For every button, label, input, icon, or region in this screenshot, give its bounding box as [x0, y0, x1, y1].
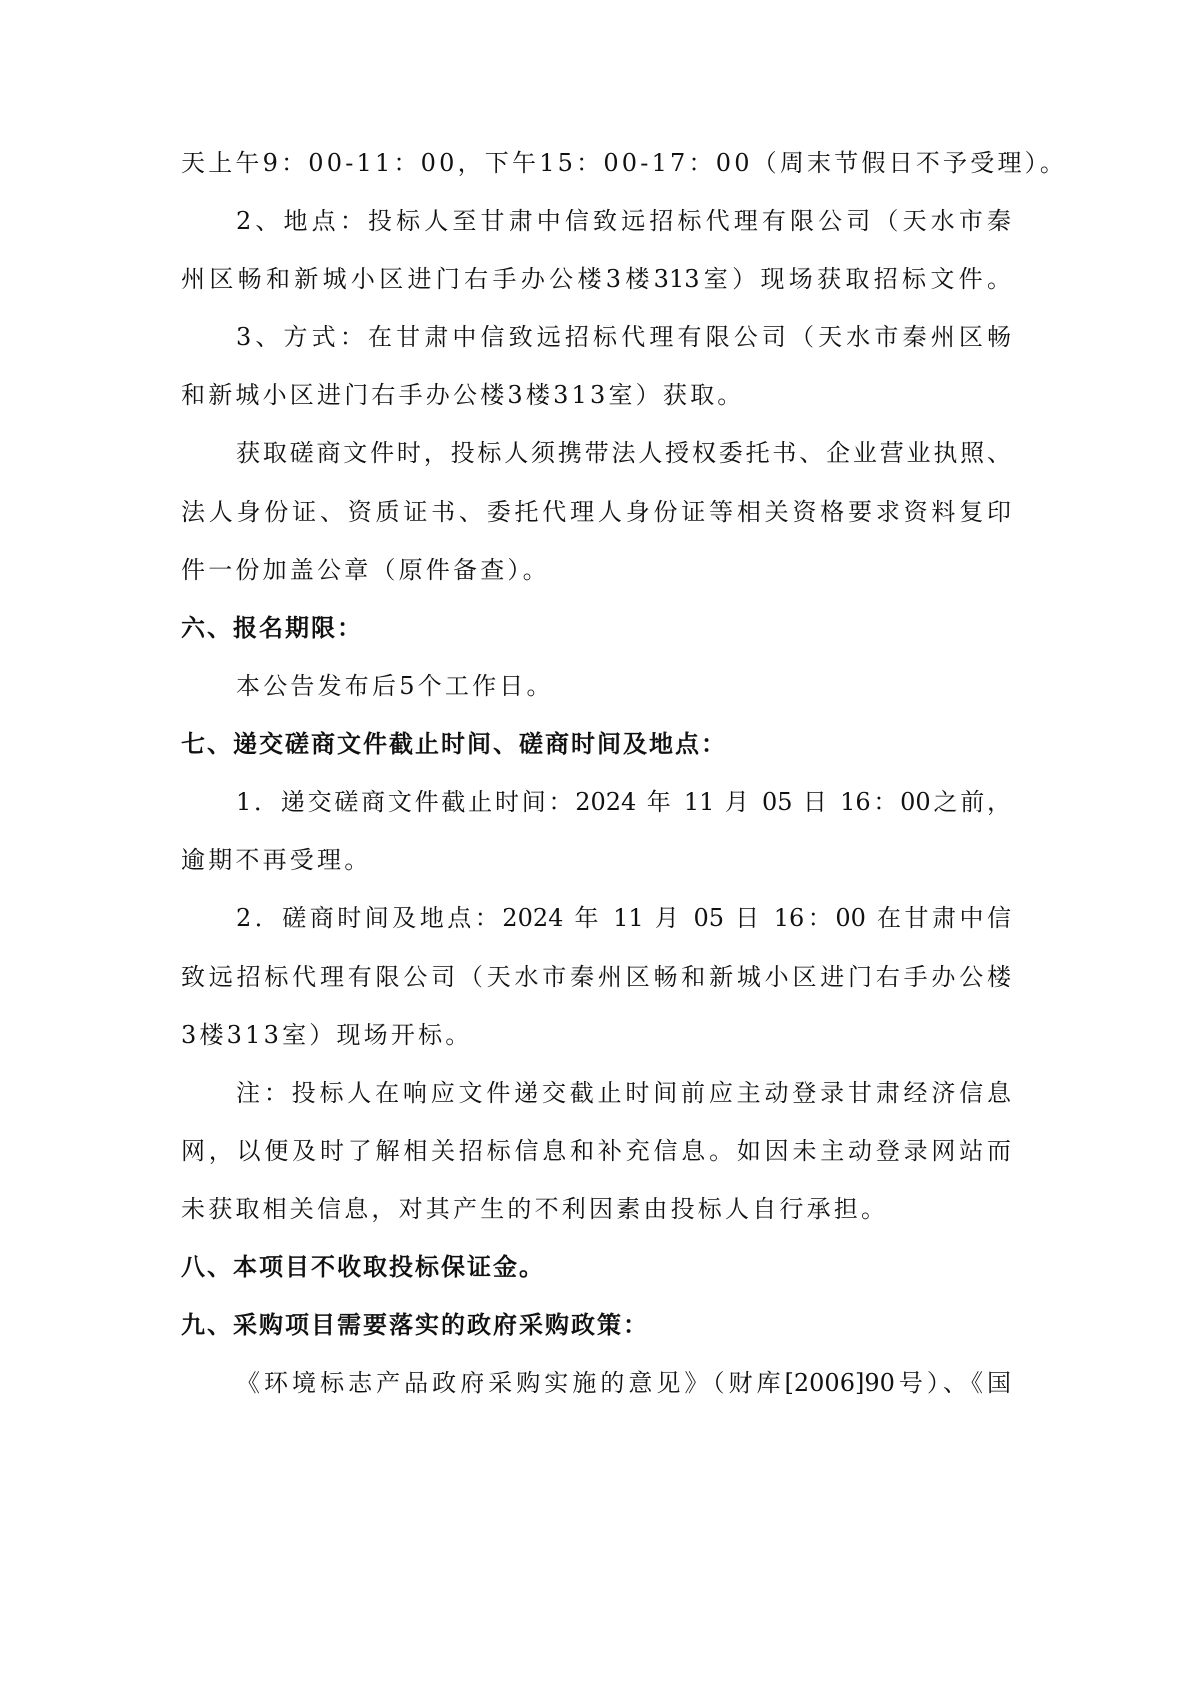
- document-page: 天上午9：00-11：00，下午15：00-17：00（周末节假日不予受理）。 …: [0, 0, 1191, 1684]
- text-line-note-end: 未获取相关信息，对其产生的不利因素由投标人自行承担。: [181, 1194, 1011, 1224]
- section-heading-submission-deadline: 七、递交磋商文件截止时间、磋商时间及地点：: [181, 729, 1011, 759]
- text-line-business-hours: 天上午9：00-11：00，下午15：00-17：00（周末节假日不予受理）。: [181, 148, 1011, 178]
- text-line-consultation-place: 致远招标代理有限公司（天水市秦州区畅和新城小区进门右手办公楼: [181, 962, 1011, 992]
- text-line-requirements: 获取磋商文件时，投标人须携带法人授权委托书、企业营业执照、: [236, 438, 1011, 468]
- text-line-location: 2、地点：投标人至甘肃中信致远招标代理有限公司（天水市秦: [236, 206, 1011, 236]
- text-line-consultation-time: 2．磋商时间及地点：2024 年 11 月 05 日 16：00 在甘肃中信: [236, 903, 1011, 933]
- text-line-method: 3、方式：在甘肃中信致远招标代理有限公司（天水市秦州区畅: [236, 322, 1011, 352]
- section-heading-procurement-policy: 九、采购项目需要落实的政府采购政策：: [181, 1310, 1011, 1340]
- text-line-requirements-end: 件一份加盖公章（原件备查）。: [181, 555, 1011, 585]
- text-line-note: 注：投标人在响应文件递交截止时间前应主动登录甘肃经济信息: [236, 1078, 1011, 1108]
- text-line-registration-period: 本公告发布后5个工作日。: [236, 671, 1066, 701]
- section-heading-registration-period: 六、报名期限：: [181, 613, 1011, 643]
- text-line-policy: 《环境标志产品政府采购实施的意见》（财库[2006]90号）、《国: [236, 1368, 1011, 1398]
- text-line-requirements-cont: 法人身份证、资质证书、委托代理人身份证等相关资格要求资料复印: [181, 497, 1011, 527]
- text-line-method-cont: 和新城小区进门右手办公楼3楼313室）获取。: [181, 380, 1011, 410]
- text-line-location-cont: 州区畅和新城小区进门右手办公楼3楼313室）现场获取招标文件。: [181, 264, 1011, 294]
- text-line-deadline-cont: 逾期不再受理。: [181, 845, 1011, 875]
- text-line-note-cont: 网，以便及时了解相关招标信息和补充信息。如因未主动登录网站而: [181, 1136, 1011, 1166]
- text-line-consultation-end: 3楼313室）现场开标。: [181, 1020, 1011, 1050]
- section-heading-no-deposit: 八、本项目不收取投标保证金。: [181, 1252, 1011, 1282]
- text-line-deadline: 1．递交磋商文件截止时间：2024 年 11 月 05 日 16：00之前，: [236, 787, 1011, 817]
